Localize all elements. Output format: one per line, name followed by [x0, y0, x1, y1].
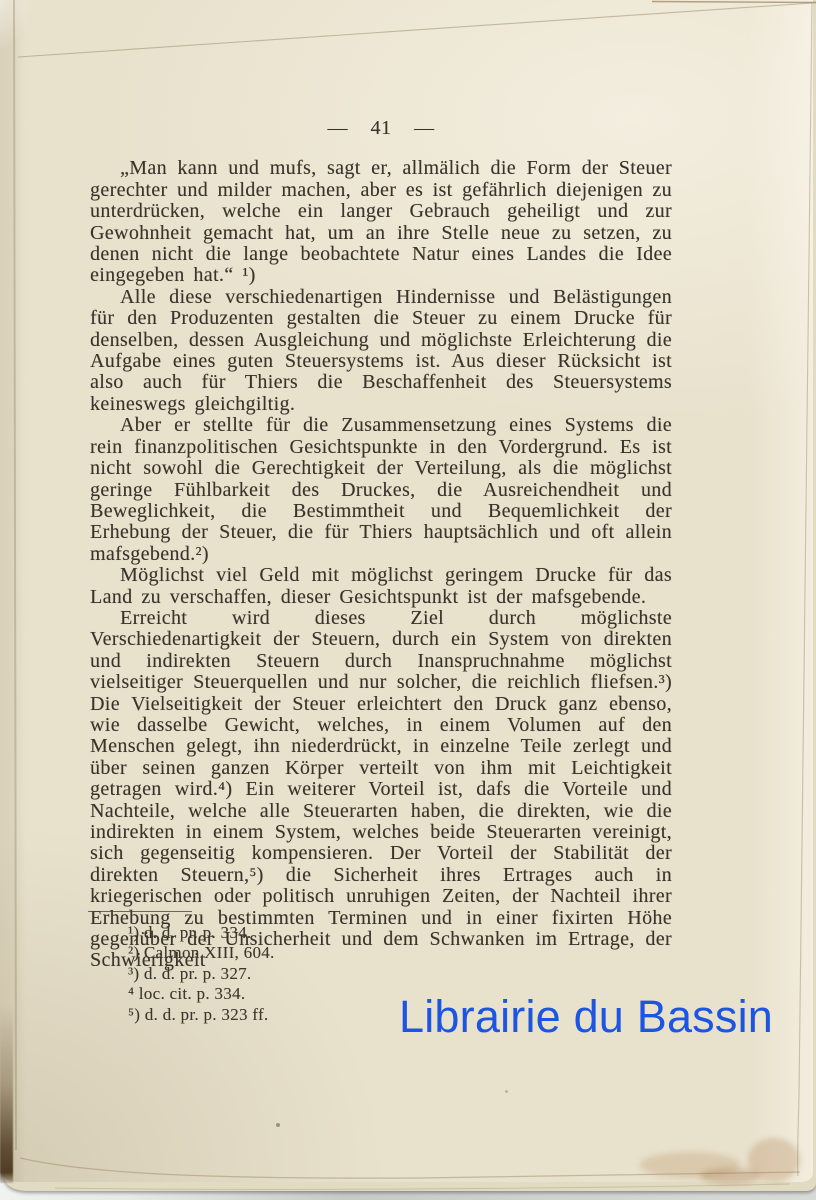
paper-stain: [700, 1168, 760, 1184]
footnote-4: ⁴ loc. cit. p. 334.: [128, 984, 275, 1004]
page-content: — 41 — „Man kann und mufs, sagt er, allm…: [90, 118, 672, 972]
paragraph-4: Möglichst viel Geld mit möglichst gering…: [90, 565, 672, 608]
footnotes: ¹) d. d. pr. p. 334. ²) Calmon XIII, 604…: [128, 923, 275, 1025]
paragraph-2: Alle diese verschiedenartigen Hinderniss…: [90, 287, 672, 415]
footnote-separator: [88, 911, 192, 912]
top-page-edge-line: [18, 3, 812, 57]
footnote-2: ²) Calmon XIII, 604.: [128, 943, 275, 963]
right-page-edge-line: [798, 3, 812, 1176]
top-right-cover-edge: [652, 2, 816, 3]
bottom-under-page-edge: [55, 1184, 790, 1189]
paper-speck: [276, 1123, 280, 1127]
footnote-3: ³) d. d. pr. p. 327.: [128, 964, 275, 984]
paragraph-1: „Man kann und mufs, sagt er, allmälich d…: [90, 158, 672, 286]
page-number-header: — 41 —: [90, 118, 672, 139]
paper-speck: [505, 1090, 508, 1093]
page-number: — 41 —: [328, 117, 435, 139]
paragraph-3: Aber er stellte für die Zusammensetzung …: [90, 415, 672, 565]
footnote-1: ¹) d. d. pr. p. 334.: [128, 923, 275, 943]
left-fold-crease: [14, 0, 16, 1150]
scanned-book-page: — 41 — „Man kann und mufs, sagt er, allm…: [0, 0, 816, 1200]
bookseller-watermark: Librairie du Bassin: [399, 994, 773, 1039]
paragraph-5: Erreicht wird dieses Ziel durch möglichs…: [90, 608, 672, 972]
footnote-5: ⁵) d. d. pr. p. 323 ff.: [128, 1005, 275, 1025]
